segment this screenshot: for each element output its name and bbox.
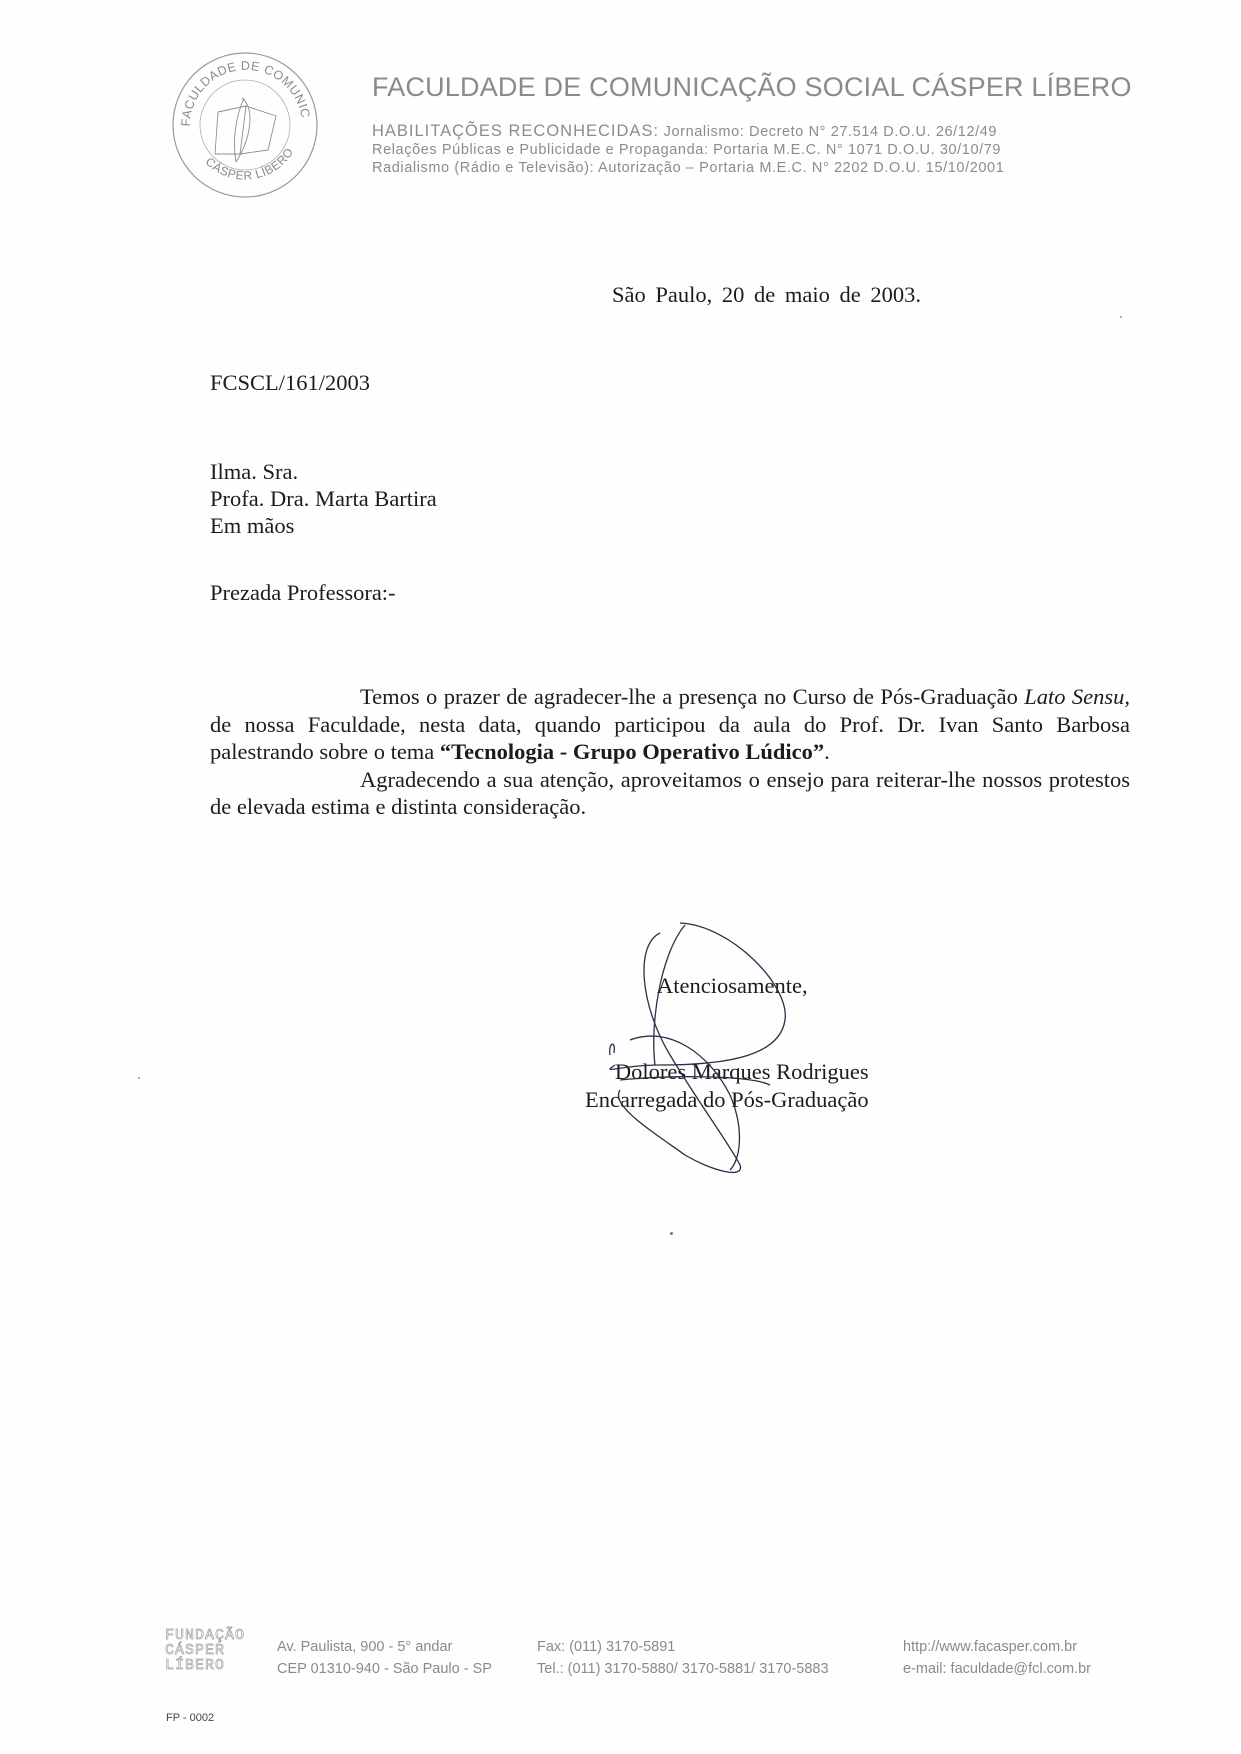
footer-online-contact: http://www.facasper.com.br e-mail: facul… — [903, 1636, 1091, 1680]
phone-numbers: Tel.: (011) 3170-5880/ 3170-5881/ 3170-5… — [537, 1658, 829, 1680]
institution-seal-icon: FACULDADE DE COMUNICAÇÃO SOCIAL CÁSPER L… — [170, 50, 320, 200]
accreditation-lead: HABILITAÇÕES RECONHECIDAS: — [372, 122, 659, 140]
fax-number: Fax: (011) 3170-5891 — [537, 1636, 829, 1658]
address-street: Av. Paulista, 900 - 5° andar — [277, 1636, 492, 1658]
addressee-name: Profa. Dra. Marta Bartira — [210, 485, 437, 512]
lecture-topic: “Tecnologia - Grupo Operativo Lúdico” — [440, 739, 824, 764]
footer-address: Av. Paulista, 900 - 5° andar CEP 01310-9… — [277, 1636, 492, 1680]
paragraph-text: . — [824, 739, 830, 764]
paragraph-text: Temos o prazer de agradecer-lhe a presen… — [360, 684, 1024, 709]
svg-text:FACULDADE DE COMUNICAÇÃO SOCIA: FACULDADE DE COMUNICAÇÃO SOCIAL — [170, 50, 313, 127]
website-link[interactable]: http://www.facasper.com.br — [903, 1636, 1091, 1658]
footer-contact-phones: Fax: (011) 3170-5891 Tel.: (011) 3170-58… — [537, 1636, 829, 1680]
logo-line: LÍBERO — [165, 1658, 255, 1673]
foundation-logo: FUNDAÇÃO CÁSPER LÍBERO — [165, 1628, 255, 1673]
scan-speck — [138, 1077, 140, 1079]
address-postal: CEP 01310-940 - São Paulo - SP — [277, 1658, 492, 1680]
letter-body: Temos o prazer de agradecer-lhe a presen… — [210, 683, 1130, 821]
addressee-delivery: Em mãos — [210, 512, 437, 539]
logo-line: CÁSPER — [165, 1643, 255, 1658]
accreditation-pr-advertising: Relações Públicas e Publicidade e Propag… — [372, 141, 1004, 159]
addressee-block: Ilma. Sra. Profa. Dra. Marta Bartira Em … — [210, 458, 437, 539]
logo-line: FUNDAÇÃO — [165, 1628, 255, 1643]
scan-speck — [1120, 316, 1122, 318]
closing: Atenciosamente, — [657, 973, 808, 999]
accreditation-block: HABILITAÇÕES RECONHECIDAS: Jornalismo: D… — [372, 122, 1004, 177]
signer-block: Dolores Marques Rodrigues Encarregada do… — [585, 1058, 869, 1114]
handwritten-signature — [590, 915, 820, 1185]
letter-page: FACULDADE DE COMUNICAÇÃO SOCIAL CÁSPER L… — [0, 0, 1241, 1754]
salutation: Prezada Professora:- — [210, 580, 396, 606]
letter-date: São Paulo, 20 de maio de 2003. — [612, 282, 921, 308]
accreditation-journalism: Jornalismo: Decreto N° 27.514 D.O.U. 26/… — [664, 124, 997, 140]
email-link[interactable]: e-mail: faculdade@fcl.com.br — [903, 1658, 1091, 1680]
addressee-honorific: Ilma. Sra. — [210, 458, 437, 485]
letter-reference: FCSCL/161/2003 — [210, 370, 370, 396]
accreditation-broadcasting: Radialismo (Rádio e Televisão): Autoriza… — [372, 159, 1004, 177]
signer-name: Dolores Marques Rodrigues — [585, 1058, 869, 1086]
signer-title: Encarregada do Pós-Graduação — [585, 1086, 869, 1114]
body-paragraph-1: Temos o prazer de agradecer-lhe a presen… — [210, 683, 1130, 766]
institution-name: FACULDADE DE COMUNICAÇÃO SOCIAL CÁSPER L… — [372, 72, 1132, 103]
scan-speck — [670, 1232, 673, 1235]
form-code: FP - 0002 — [166, 1712, 214, 1724]
course-type: Lato Sensu, — [1024, 684, 1130, 709]
body-paragraph-2: Agradecendo a sua atenção, aproveitamos … — [210, 766, 1130, 821]
